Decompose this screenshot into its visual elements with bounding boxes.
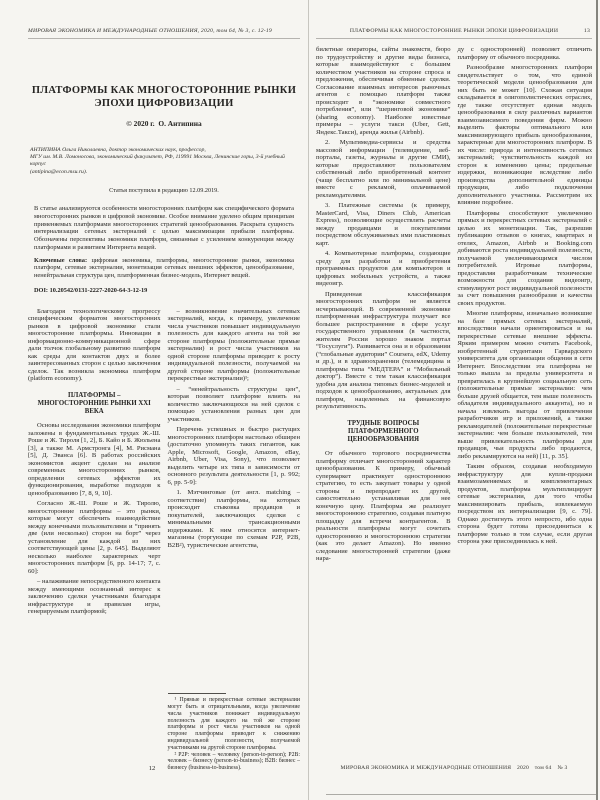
footnote-1: ¹ Прямые и перекрестные сетевые экстерна… [168, 697, 301, 751]
scanned-journal-spread: МИРОВАЯ ЭКОНОМИКА И МЕЖДУНАРОДНЫЕ ОТНОШЕ… [0, 0, 600, 800]
keywords-block: Ключевые слова: цифровая экономика, плат… [30, 257, 298, 280]
body-columns-right-page: билетные операторы, сайты знакомств, бюр… [316, 46, 592, 761]
paragraph: 4. Компьютерные платформы, создающие сре… [316, 250, 451, 288]
running-title: ПЛАТФОРМЫ КАК МНОГОСТОРОННИЕ РЫНКИ ЭПОХИ… [350, 28, 558, 34]
paragraph: Согласно Ж.-Ш. Роше и Ж. Тиролю, многост… [28, 500, 161, 575]
keywords-label: Ключевые слова: [34, 257, 87, 264]
paragraph: Таким образом, создавая необходимую инфр… [458, 463, 593, 546]
column-1-page12: Благодаря технологическому прогрессу спе… [28, 308, 161, 772]
author-email: (antipina@econ.msu.ru). [30, 169, 298, 176]
scan-edge-right [596, 0, 598, 800]
paragraph: – налаживание непосредственного контакта… [28, 578, 161, 616]
paragraph: Благодаря технологическому прогрессу спе… [28, 308, 161, 383]
page-right: ПЛАТФОРМЫ КАК МНОГОСТОРОННИЕ РЫНКИ ЭПОХИ… [316, 28, 592, 772]
paragraph: билетные операторы, сайты знакомств, бюр… [316, 46, 451, 136]
article-title: ПЛАТФОРМЫ КАК МНОГОСТОРОННИЕ РЫНКИ ЭПОХИ… [30, 85, 298, 110]
scan-edge-bottom [326, 794, 596, 795]
doi-line: DOI: 10.20542/0131-2227-2020-64-3-12-19 [30, 287, 298, 295]
footnotes-block: ¹ Прямые и перекрестные сетевые экстерна… [168, 693, 301, 772]
paragraph: От обычного торгового посредничества пла… [316, 450, 451, 563]
author-affiliation-line2: МГУ им. М.В. Ломоносова, экономический ф… [30, 154, 298, 168]
paragraph: – “ненейтральность структуры цен”, котор… [168, 386, 301, 424]
body-columns-left-page: Благодаря технологическому прогрессу спе… [28, 308, 300, 772]
page-gutter-divider [308, 0, 309, 800]
paragraph: ду с односторонней) позволяет отличить п… [458, 46, 593, 61]
paragraph: Разнообразие многосторонних платформ сви… [458, 64, 593, 207]
running-head-left: МИРОВАЯ ЭКОНОМИКА И МЕЖДУНАРОДНЫЕ ОТНОШЕ… [28, 28, 300, 39]
paragraph: Основы исследования экономики платформ з… [28, 422, 161, 497]
page-left: МИРОВАЯ ЭКОНОМИКА И МЕЖДУНАРОДНЫЕ ОТНОШЕ… [28, 28, 300, 772]
paragraph: 3. Платежные системы (к примеру, MasterC… [316, 202, 451, 247]
journal-footer-line: МИРОВАЯ ЭКОНОМИКА И МЕЖДУНАРОДНЫЕ ОТНОШЕ… [316, 764, 592, 772]
article-title-line1: ПЛАТФОРМЫ КАК МНОГОСТОРОННИЕ РЫНКИ [30, 85, 298, 98]
article-title-line2: ЭПОХИ ЦИФРОВИЗАЦИИ [30, 98, 298, 111]
section-heading-platforms: ПЛАТФОРМЫ – МНОГОСТОРОННИЕ РЫНКИ XXI ВЕК… [28, 392, 161, 417]
paragraph: 2. Мультимедиа-сервисы и средства массов… [316, 139, 451, 199]
paragraph: 1. Мэтчинговые (от англ. matching – соот… [168, 489, 301, 549]
page-number-13: 13 [584, 28, 590, 35]
abstract-text: В статье анализируются особенности много… [30, 205, 298, 251]
front-matter: ПЛАТФОРМЫ КАК МНОГОСТОРОННИЕ РЫНКИ ЭПОХИ… [28, 39, 300, 295]
paragraph: – возникновение значительных сетевых экс… [168, 308, 301, 383]
paragraph: Многие платформы, изначально возникшие н… [458, 310, 593, 460]
copyright-author-line: © 2020 г. О. Антипина [30, 119, 298, 128]
column-2-page12: – возникновение значительных сетевых экс… [168, 308, 301, 772]
paragraph: Приведенная классификация многосторонних… [316, 291, 451, 411]
paragraph: Платформы способствуют увеличению прямых… [458, 210, 593, 308]
page-number-12: 12 [28, 765, 276, 772]
column-1-page13: билетные операторы, сайты знакомств, бюр… [316, 46, 451, 761]
section-heading-pricing: ТРУДНЫЕ ВОПРОСЫ ПЛАТФОРМЕННОГО ЦЕНООБРАЗ… [316, 420, 451, 445]
footnote-separator-rule [168, 693, 226, 694]
received-date-line: Статья поступила в редакцию 12.09.2019. [30, 187, 298, 195]
author-affiliation-block: АНТИПИНА Ольга Николаевна, доктор эконом… [30, 147, 298, 176]
running-head-right: ПЛАТФОРМЫ КАК МНОГОСТОРОННИЕ РЫНКИ ЭПОХИ… [316, 28, 592, 39]
journal-citation-line: МИРОВАЯ ЭКОНОМИКА И МЕЖДУНАРОДНЫЕ ОТНОШЕ… [28, 28, 272, 34]
paragraph: Перечень успешных и быстро растущих мног… [168, 426, 301, 486]
column-2-page13: ду с односторонней) позволяет отличить п… [458, 46, 593, 761]
